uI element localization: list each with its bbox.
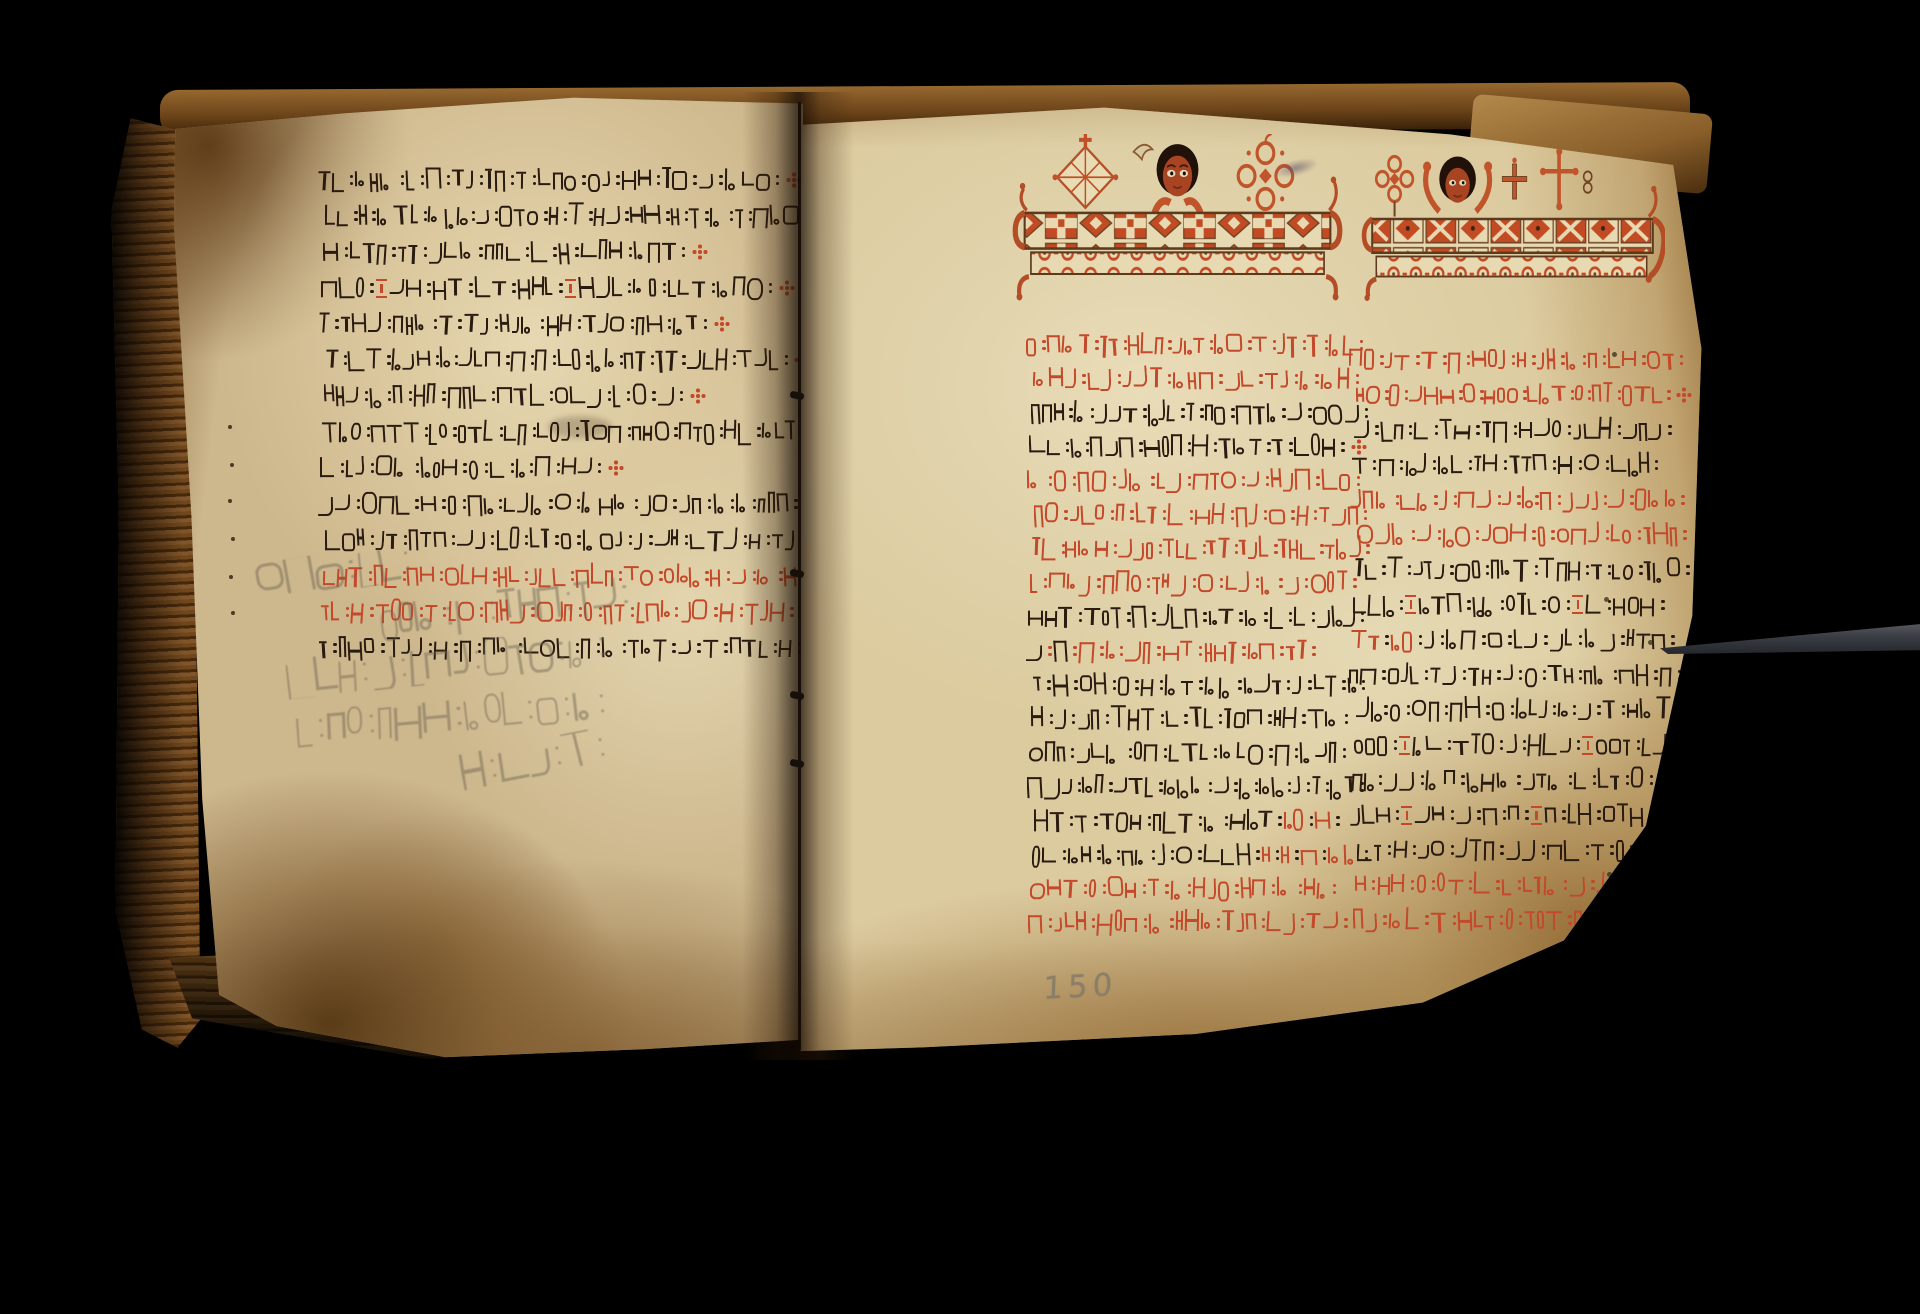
pointer-stick: [1660, 622, 1920, 654]
script-line: [1356, 695, 1692, 725]
right-page: 150: [795, 100, 1705, 1055]
script-line: [1350, 485, 1686, 515]
script-line: [1355, 870, 1691, 900]
binding-prick-dots: [228, 425, 232, 429]
script-line: [1353, 590, 1689, 620]
right-page-column-2-text: [795, 100, 1705, 1055]
pencil-graffiti: [128, 88, 803, 1063]
ink-specks: [1612, 352, 1617, 357]
photo-scene: 150: [0, 0, 1920, 1314]
script-line: [1354, 415, 1690, 445]
left-page: [128, 88, 803, 1063]
script-line: [1350, 800, 1686, 830]
script-line: [1352, 450, 1688, 480]
script-line: [1357, 835, 1693, 865]
script-line: [1349, 345, 1685, 375]
ink-smudge: [548, 416, 612, 438]
script-line: [1349, 660, 1685, 690]
script-line: [1354, 730, 1690, 760]
script-line: [1357, 520, 1693, 550]
script-line: [1352, 765, 1688, 795]
script-line: [1353, 905, 1689, 935]
folio-number: 150: [1042, 965, 1153, 1015]
script-line: [1351, 625, 1687, 655]
script-line: [1356, 380, 1692, 410]
script-line: [254, 536, 438, 604]
script-line: [1355, 555, 1691, 585]
